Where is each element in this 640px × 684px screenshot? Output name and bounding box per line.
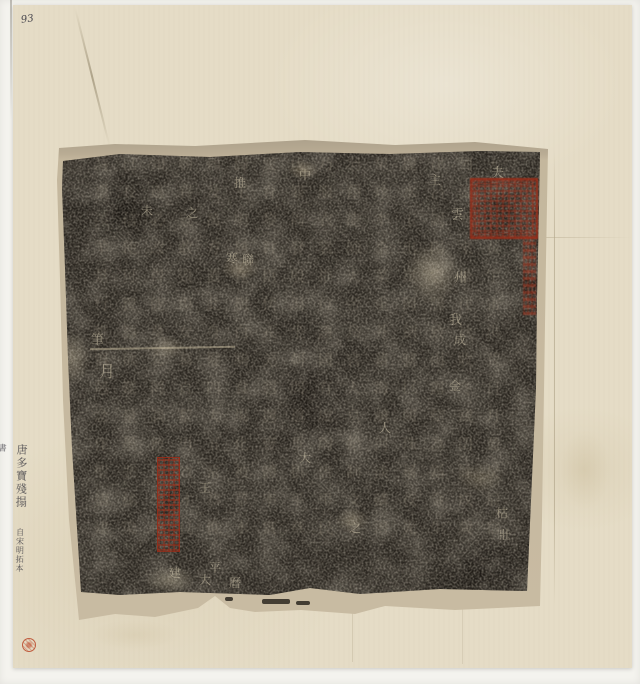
ink-rubbing-surface: 天地玄黃宇宙洪荒日月盈昃辰宿列張寒來暑往秋收冬藏閏餘成歲律呂調陽雲騰致雨露結為霜… — [60, 148, 542, 598]
ink-smudge — [225, 597, 233, 601]
legible-stele-character: 人 — [379, 419, 391, 436]
legible-stele-character: 枯 — [496, 504, 508, 521]
legible-stele-character: 金 — [449, 377, 461, 394]
mat-edge-shadow — [10, 0, 12, 120]
handwritten-margin-annotation: 唐多寶殘搨 自宋明拓本書 — [14, 444, 31, 579]
legible-stele-character: 成 — [454, 331, 466, 348]
legible-stele-character: 建 — [169, 564, 181, 581]
legible-stele-character: 王 — [199, 479, 211, 496]
round-collector-seal — [22, 638, 36, 652]
legible-stele-character: 之 — [186, 204, 198, 221]
legible-stele-character: 我 — [449, 309, 462, 328]
photographed-stone-rubbing-scan: 93 唐多寶殘搨 自宋明拓本書 — [0, 0, 640, 684]
legible-stele-character: 曆 — [229, 574, 241, 591]
legible-stele-character: 中 — [299, 166, 311, 183]
ink-smudge — [262, 599, 290, 604]
legible-stele-character: 月 — [99, 359, 115, 382]
legible-stele-character: 大 — [299, 449, 311, 466]
legible-stele-character: 平 — [209, 559, 221, 576]
legible-stele-character: 州 — [454, 267, 467, 286]
legible-characters-layer: 夫中推主之未雲寒聯州我成筆月金人大王枯壯之建大曆平 — [60, 148, 542, 598]
legible-stele-character: 推 — [234, 174, 246, 191]
ink-smudge — [296, 601, 310, 605]
legible-stele-character: 夫 — [491, 162, 504, 181]
legible-stele-character: 聯 — [242, 251, 254, 268]
legible-stele-character: 未 — [141, 202, 153, 219]
legible-stele-character: 之 — [349, 519, 361, 536]
legible-stele-character: 雲 — [451, 204, 464, 223]
legible-stele-character: 主 — [429, 171, 441, 188]
legible-stele-character: 壯 — [499, 526, 511, 543]
legible-stele-character: 寒 — [226, 249, 238, 266]
handwritten-page-number: 93 — [20, 13, 34, 26]
margin-annotation-title: 唐多寶殘搨 — [14, 444, 28, 509]
legible-stele-character: 筆 — [91, 329, 104, 348]
